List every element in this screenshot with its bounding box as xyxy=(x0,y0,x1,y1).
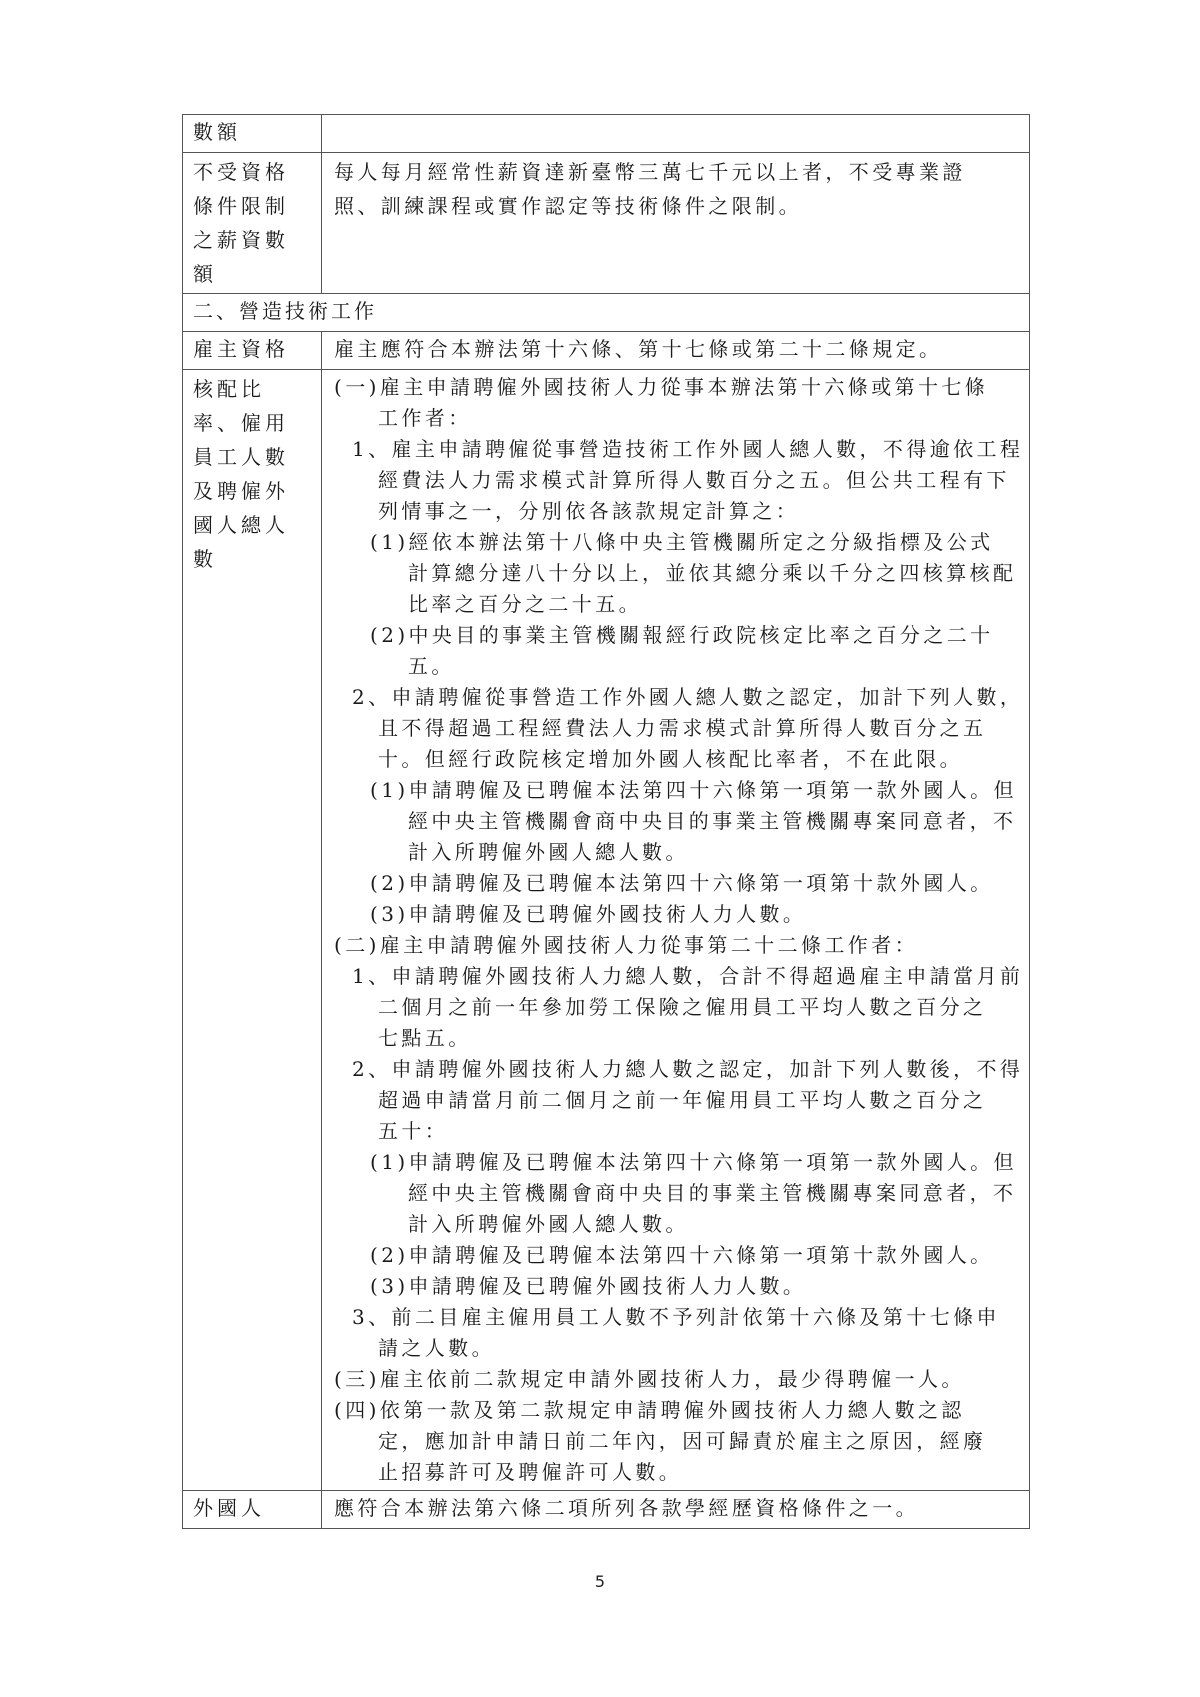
content-line: 工作者： xyxy=(334,403,1019,434)
content-line: (三)雇主依前二款規定申請外國技術人力，最少得聘僱一人。 xyxy=(334,1364,1019,1395)
content-line: 五。 xyxy=(334,651,1019,682)
content-line: (1)申請聘僱及已聘僱本法第四十六條第一項第一款外國人。但 xyxy=(334,1147,1019,1178)
content-line: 經費法人力需求模式計算所得人數百分之五。但公共工程有下 xyxy=(334,465,1019,496)
row-salary-exempt: 不受資格 條件限制 之薪資數 額 每人每月經常性薪資達新臺幣三萬七千元以上者，不… xyxy=(183,153,1030,294)
content-line: (四)依第一款及第二款規定申請聘僱外國技術人力總人數之認 xyxy=(334,1395,1019,1426)
content-line: (1)經依本辦法第十八條中央主管機關所定之分級指標及公式 xyxy=(334,527,1019,558)
content-line: (一)雇主申請聘僱外國技術人力從事本辦法第十六條或第十七條 xyxy=(334,372,1019,403)
content-line: (二)雇主申請聘僱外國技術人力從事第二十二條工作者： xyxy=(334,930,1019,961)
section-two-header: 二、營造技術工作 xyxy=(183,294,1030,332)
row-content: 每人每月經常性薪資達新臺幣三萬七千元以上者，不受專業證 照、訓練課程或實作認定等… xyxy=(322,153,1030,294)
content-line: (2)申請聘僱及已聘僱本法第四十六條第一項第十款外國人。 xyxy=(334,1240,1019,1271)
content-line: 超過申請當月前二個月之前一年僱用員工平均人數之百分之 xyxy=(334,1085,1019,1116)
content-line: (1)申請聘僱及已聘僱本法第四十六條第一項第一款外國人。但 xyxy=(334,775,1019,806)
content-line: 列情事之一，分別依各該款規定計算之： xyxy=(334,496,1019,527)
content-line: 止招募許可及聘僱許可人數。 xyxy=(334,1457,1019,1488)
row-label: 核配比 率、僱用 員工人數 及聘僱外 國人總人 數 xyxy=(183,370,322,1491)
content-line: (2)中央目的事業主管機關報經行政院核定比率之百分之二十 xyxy=(334,620,1019,651)
content-line: 五十： xyxy=(334,1116,1019,1147)
content-line: (2)申請聘僱及已聘僱本法第四十六條第一項第十款外國人。 xyxy=(334,868,1019,899)
content-line: 十。但經行政院核定增加外國人核配比率者，不在此限。 xyxy=(334,744,1019,775)
content-line: 經中央主管機關會商中央目的事業主管機關專案同意者，不 xyxy=(334,1178,1019,1209)
content-line: 計算總分達八十分以上，並依其總分乘以千分之四核算核配 xyxy=(334,558,1019,589)
row-label: 雇主資格 xyxy=(183,332,322,370)
row-content: 雇主應符合本辦法第十六條、第十七條或第二十二條規定。 xyxy=(322,332,1030,370)
content-line: 3、前二目雇主僱用員工人數不予列計依第十六條及第十七條申 xyxy=(334,1302,1019,1333)
row-content: 應符合本辦法第六條二項所列各款學經歷資格條件之一。 xyxy=(322,1491,1030,1529)
content-line: 定，應加計申請日前二年內，因可歸責於雇主之原因，經廢 xyxy=(334,1426,1019,1457)
row-label: 外國人 xyxy=(183,1491,322,1529)
row-foreigner: 外國人 應符合本辦法第六條二項所列各款學經歷資格條件之一。 xyxy=(183,1491,1030,1529)
document-page: 數額 不受資格 條件限制 之薪資數 額 每人每月經常性薪資達新臺幣三萬七千元以上… xyxy=(0,0,1200,1697)
row-label: 不受資格 條件限制 之薪資數 額 xyxy=(183,153,322,294)
content-line: (3)申請聘僱及已聘僱外國技術人力人數。 xyxy=(334,1271,1019,1302)
row-amount-tail: 數額 xyxy=(183,115,1030,153)
content-line: 比率之百分之二十五。 xyxy=(334,589,1019,620)
row-content xyxy=(322,115,1030,153)
content-line: 二個月之前一年參加勞工保險之僱用員工平均人數之百分之 xyxy=(334,992,1019,1023)
row-employer-qualification: 雇主資格 雇主應符合本辦法第十六條、第十七條或第二十二條規定。 xyxy=(183,332,1030,370)
content-line: 1、申請聘僱外國技術人力總人數，合計不得超過雇主申請當月前 xyxy=(334,961,1019,992)
content-line: 計入所聘僱外國人總人數。 xyxy=(334,837,1019,868)
content-line: (3)申請聘僱及已聘僱外國技術人力人數。 xyxy=(334,899,1019,930)
row-label: 數額 xyxy=(183,115,322,153)
row-content: (一)雇主申請聘僱外國技術人力從事本辦法第十六條或第十七條工作者：1、雇主申請聘… xyxy=(322,370,1030,1491)
content-line: 經中央主管機關會商中央目的事業主管機關專案同意者，不 xyxy=(334,806,1019,837)
content-line: 計入所聘僱外國人總人數。 xyxy=(334,1209,1019,1240)
content-line: 七點五。 xyxy=(334,1023,1019,1054)
section-title: 二、營造技術工作 xyxy=(183,294,1030,332)
content-line: 且不得超過工程經費法人力需求模式計算所得人數百分之五 xyxy=(334,713,1019,744)
content-line: 請之人數。 xyxy=(334,1333,1019,1364)
content-line: 2、申請聘僱外國技術人力總人數之認定，加計下列人數後，不得 xyxy=(334,1054,1019,1085)
content-line: 1、雇主申請聘僱從事營造技術工作外國人總人數，不得逾依工程 xyxy=(334,434,1019,465)
row-quota: 核配比 率、僱用 員工人數 及聘僱外 國人總人 數 (一)雇主申請聘僱外國技術人… xyxy=(183,370,1030,1491)
content-line: 2、申請聘僱從事營造工作外國人總人數之認定，加計下列人數， xyxy=(334,682,1019,713)
page-number: 5 xyxy=(0,1572,1200,1591)
regulation-table: 數額 不受資格 條件限制 之薪資數 額 每人每月經常性薪資達新臺幣三萬七千元以上… xyxy=(182,114,1030,1529)
